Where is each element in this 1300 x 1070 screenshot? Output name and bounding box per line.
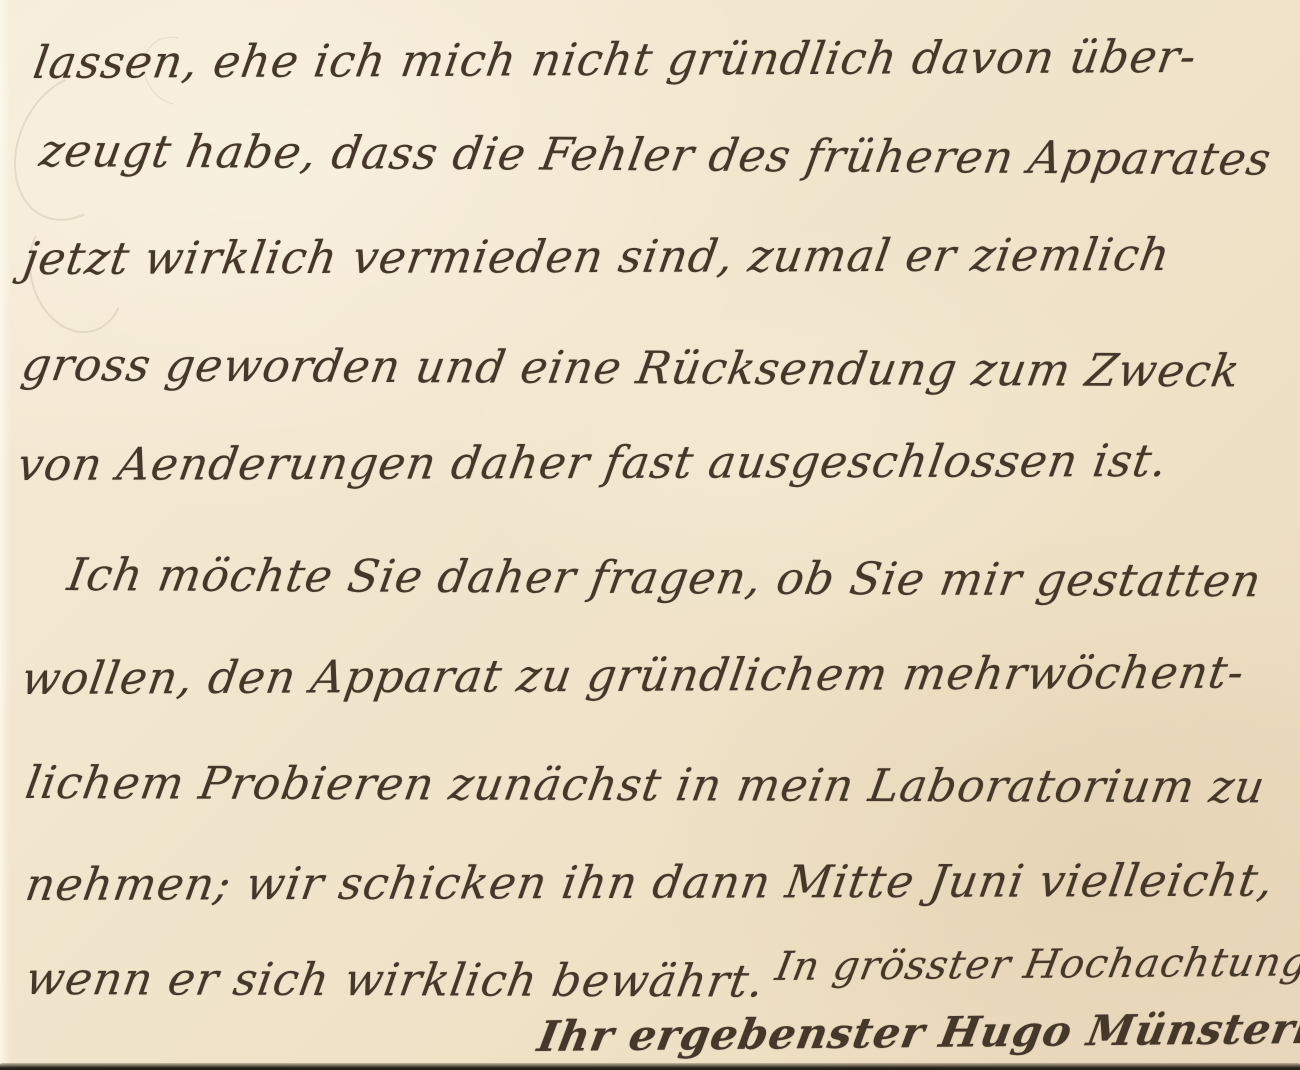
letter-line-6: Ich möchte Sie daher fragen, ob Sie mir … <box>64 548 1266 607</box>
letter-line-7: wollen, den Apparat zu gründlichem mehrw… <box>18 646 1248 705</box>
letter-page: lassen, ehe ich mich nicht gründlich dav… <box>0 0 1300 1070</box>
paper-left-edge <box>0 0 10 1070</box>
scan-bottom-edge <box>0 1063 1300 1070</box>
letter-closing: In grösster Hochachtung <box>772 939 1300 990</box>
letter-line-10: wenn er sich wirklich bewährt. <box>22 952 769 1008</box>
letter-line-4: gross geworden und eine Rücksendung zum … <box>18 338 1244 397</box>
letter-line-2: zeugt habe, dass die Fehler des früheren… <box>36 124 1275 186</box>
letter-line-9: nehmen; wir schicken ihn dann Mitte Juni… <box>22 854 1278 911</box>
letter-line-1: lassen, ehe ich mich nicht gründlich dav… <box>30 30 1201 89</box>
letter-line-5: von Aenderungen daher fast ausgeschlosse… <box>14 434 1171 491</box>
letter-line-3: jetzt wirklich vermieden sind, zumal er … <box>20 228 1174 285</box>
letter-line-8: lichem Probieren zunächst in mein Labora… <box>22 756 1269 813</box>
letter-signature: Ihr ergebenster Hugo Münsterberg <box>534 1003 1300 1061</box>
